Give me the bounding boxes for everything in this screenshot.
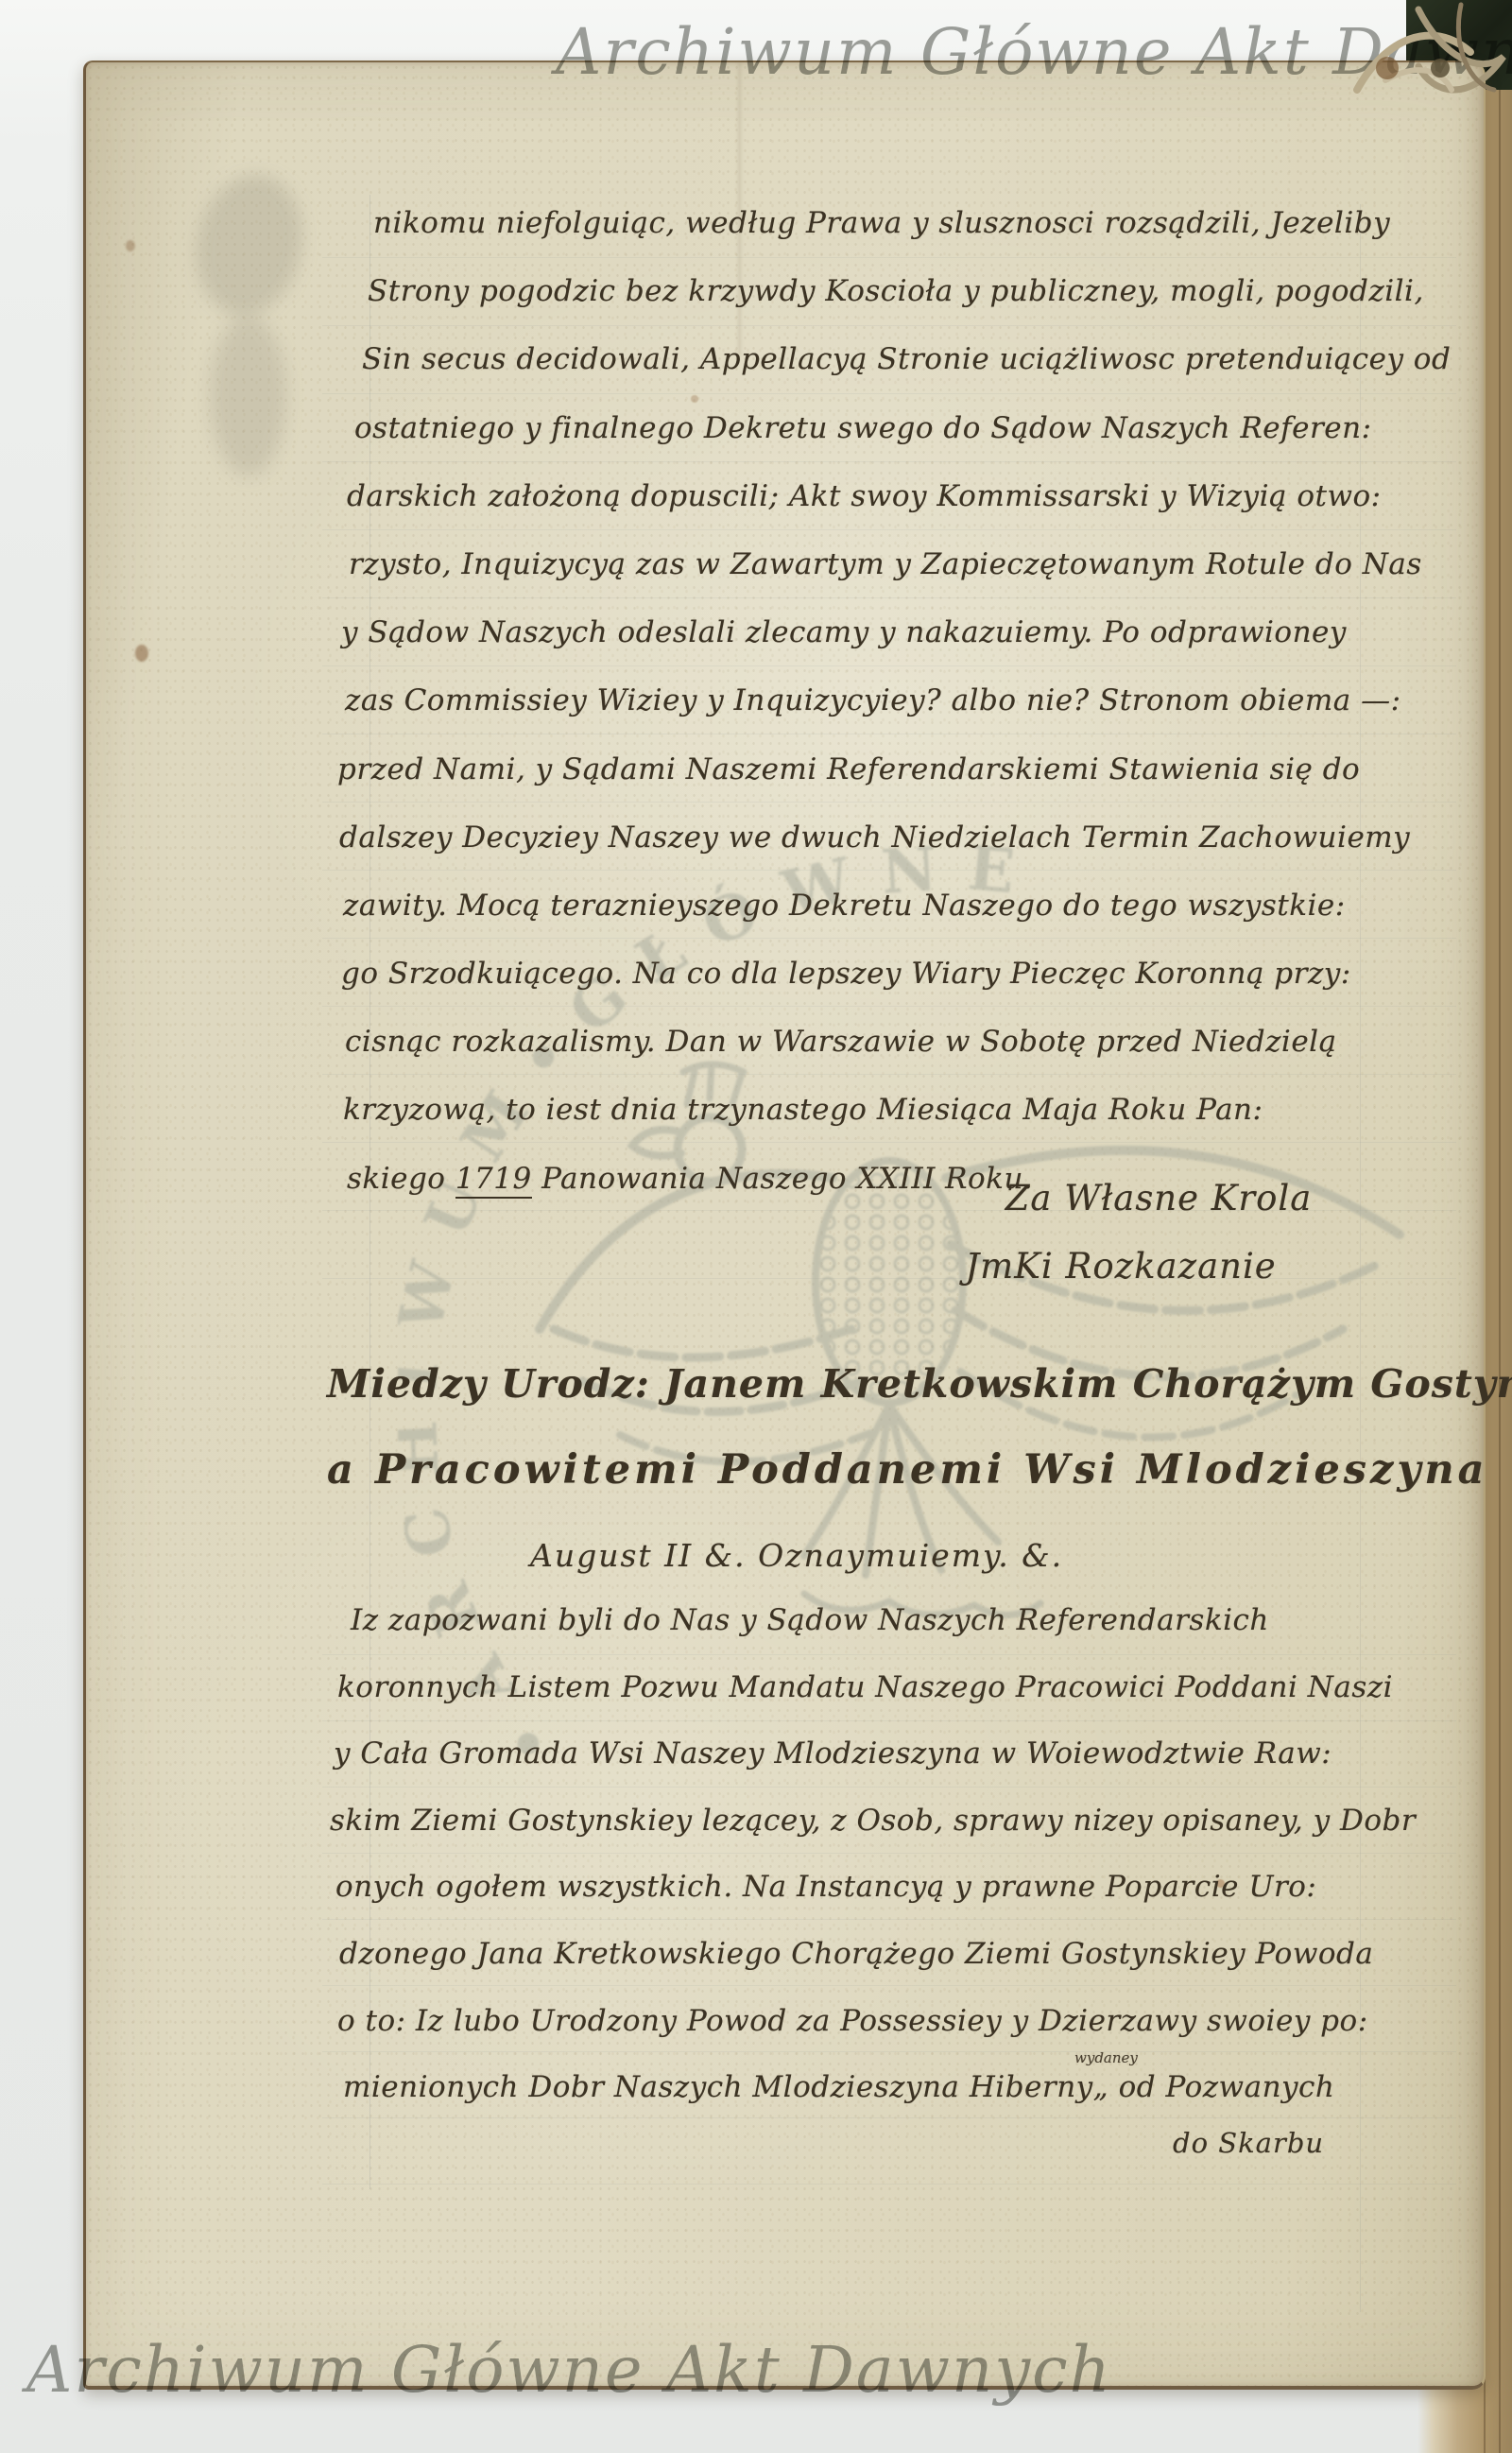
manuscript-line: darskich założoną dopuscili; Akt swoy Ko… [347, 479, 1458, 547]
promulgation-line: August II &. Oznaymuiemy. &. [530, 1537, 1286, 1574]
scan-canvas: { "watermark": { "top": "Archiwum Główne… [0, 0, 1512, 2453]
manuscript-line: y Cała Gromada Wsi Naszey Mlodzieszyna w… [334, 1736, 1454, 1804]
closing-line: JmKi Rozkazanie [899, 1246, 1343, 1287]
manuscript-line: przed Nami, y Sądami Naszemi Referendars… [337, 752, 1458, 821]
manuscript-line: Iz zapozwani byli do Nas y Sądow Naszych… [351, 1603, 1454, 1670]
ink-smudge [211, 316, 286, 476]
interlinear-insertion: wydaney [1074, 2049, 1138, 2066]
paper-stain [126, 240, 135, 251]
archive-watermark-bottom: Archiwum Główne Akt Dawnych [26, 2333, 1112, 2407]
manuscript-line: onych ogołem wszystkich. Na Instancyą y … [335, 1870, 1454, 1937]
manuscript-line: o to: Iz lubo Urodzony Powod za Possessi… [337, 2004, 1454, 2071]
margin-note: do Skarbu [1173, 2127, 1324, 2159]
manuscript-line: nikomu niefolguiąc, według Prawa y slusz… [373, 206, 1458, 274]
manuscript-line: ostatniego y finalnego Dekretu swego do … [354, 411, 1458, 479]
year-1719: 1719 [455, 1162, 532, 1199]
case-heading-line: Miedzy Urodz: Janem Kretkowskim Chorążym… [327, 1361, 1423, 1407]
manuscript-line: zas Commissiey Wiziey y Inquizycyiey? al… [345, 683, 1458, 751]
ink-smudge [184, 164, 316, 325]
date-line-prefix: skiego [347, 1162, 455, 1196]
manuscript-line: y Sądow Naszych odeslali zlecamy y nakaz… [341, 615, 1458, 683]
decree-paragraph: nikomu niefolguiąc, według Prawa y slusz… [334, 206, 1458, 1230]
document-page: •ARCHIWUM•GŁÓWNE [83, 60, 1486, 2390]
manuscript-line: skim Ziemi Gostynskiey lezącey, z Osob, … [330, 1804, 1454, 1871]
binding-threads [1329, 0, 1512, 132]
manuscript-line: rzysto, Inquizycyą zas w Zawartym y Zapi… [349, 547, 1458, 615]
manuscript-line: go Srzodkuiącego. Na co dla lepszey Wiar… [341, 957, 1458, 1025]
closing-line: Za Własne Krola [936, 1178, 1381, 1218]
case-heading-line: a Pracowitemi Poddanemi Wsi Mlodzieszyna [327, 1446, 1366, 1494]
manuscript-line: Sin secus decidowali, Appellacyą Stronie… [362, 342, 1458, 410]
manuscript-line: koronnych Listem Pozwu Mandatu Naszego P… [337, 1670, 1454, 1737]
manuscript-line: dzonego Jana Kretkowskiego Chorążego Zie… [339, 1937, 1454, 2004]
case-paragraph: Iz zapozwani byli do Nas y Sądow Naszych… [330, 1603, 1454, 2137]
manuscript-line: dalszey Decyziey Naszey we dwuch Niedzie… [339, 821, 1458, 889]
manuscript-line: cisnąc rozkazalismy. Dan w Warszawie w S… [345, 1025, 1458, 1093]
manuscript-line: Strony pogodzic bez krzywdy Koscioła y p… [368, 274, 1458, 342]
page-edge-line [1499, 90, 1501, 2453]
manuscript-line: zawity. Mocą teraznieyszego Dekretu Nasz… [343, 889, 1458, 957]
manuscript-line: krzyzową, to iest dnia trzynastego Miesi… [343, 1093, 1458, 1161]
paper-stain [135, 645, 148, 662]
